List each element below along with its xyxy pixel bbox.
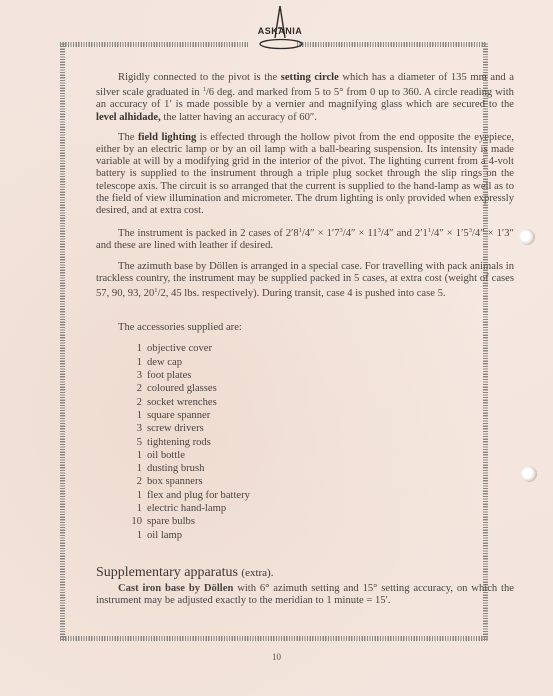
accessory-quantity: 1 bbox=[122, 462, 147, 475]
accessory-name: foot plates bbox=[147, 369, 191, 382]
accessory-quantity: 5 bbox=[122, 436, 147, 449]
accessory-item: 5tightening rods bbox=[122, 436, 514, 449]
accessory-quantity: 1 bbox=[122, 449, 147, 462]
bold-term: setting circle bbox=[281, 72, 339, 83]
accessory-item: 1oil bottle bbox=[122, 449, 514, 462]
paragraph-field-lighting: The field lighting is effected through t… bbox=[96, 132, 514, 217]
accessory-quantity: 10 bbox=[122, 515, 147, 528]
accessory-quantity: 1 bbox=[122, 409, 147, 422]
accessories-list: 1objective cover1dew cap3foot plates2col… bbox=[96, 342, 514, 541]
accessory-quantity: 2 bbox=[122, 382, 147, 395]
frame-top-right bbox=[297, 42, 487, 47]
fraction: 1/4 bbox=[428, 228, 440, 239]
accessory-name: screw drivers bbox=[147, 422, 204, 435]
fraction: 1/2 bbox=[154, 288, 166, 299]
accessory-name: tightening rods bbox=[147, 436, 211, 449]
accessory-item: 1objective cover bbox=[122, 342, 514, 355]
accessory-name: oil lamp bbox=[147, 529, 182, 542]
page-number: 10 bbox=[0, 652, 553, 662]
accessory-name: coloured glasses bbox=[147, 382, 217, 395]
bold-term: field lighting bbox=[138, 132, 196, 143]
accessory-item: 1oil lamp bbox=[122, 529, 514, 542]
accessory-quantity: 1 bbox=[122, 356, 147, 369]
accessory-item: 1flex and plug for battery bbox=[122, 489, 514, 502]
accessory-quantity: 3 bbox=[122, 369, 147, 382]
accessory-item: 1dew cap bbox=[122, 356, 514, 369]
binder-hole-top bbox=[519, 229, 535, 245]
bold-term: level alhidade, bbox=[96, 112, 161, 123]
accessory-name: objective cover bbox=[147, 342, 212, 355]
accessory-quantity: 2 bbox=[122, 475, 147, 488]
supplementary-title: Supplementary apparatus bbox=[96, 565, 238, 580]
accessory-item: 2socket wrenches bbox=[122, 396, 514, 409]
accessory-name: spare bulbs bbox=[147, 515, 195, 528]
supplementary-heading: Supplementary apparatus (extra). bbox=[96, 565, 273, 581]
accessory-quantity: 1 bbox=[122, 342, 147, 355]
accessory-quantity: 1 bbox=[122, 502, 147, 515]
accessory-quantity: 3 bbox=[122, 422, 147, 435]
paragraph-setting-circle: Rigidly connected to the pivot is the se… bbox=[96, 72, 514, 124]
supplementary-title-suffix: (extra). bbox=[241, 567, 273, 579]
accessory-name: flex and plug for battery bbox=[147, 489, 250, 502]
accessory-name: dew cap bbox=[147, 356, 182, 369]
accessory-quantity: 1 bbox=[122, 489, 147, 502]
askania-logo: ASKANIA bbox=[248, 4, 312, 58]
fraction: 3/4 bbox=[378, 228, 390, 239]
accessory-item: 2box spanners bbox=[122, 475, 514, 488]
fraction: 1/4 bbox=[299, 228, 311, 239]
accessory-item: 1electric hand-lamp bbox=[122, 502, 514, 515]
accessory-name: square spanner bbox=[147, 409, 210, 422]
accessory-quantity: 2 bbox=[122, 396, 147, 409]
accessory-item: 3foot plates bbox=[122, 369, 514, 382]
accessory-item: 3screw drivers bbox=[122, 422, 514, 435]
fraction: 3/4 bbox=[340, 228, 352, 239]
supplementary-paragraph: Cast iron base by Döllen with 6° azimuth… bbox=[96, 583, 514, 607]
accessory-item: 10spare bulbs bbox=[122, 515, 514, 528]
frame-top-left bbox=[60, 42, 248, 47]
accessory-item: 2coloured glasses bbox=[122, 382, 514, 395]
accessory-item: 1dusting brush bbox=[122, 462, 514, 475]
accessory-quantity: 1 bbox=[122, 529, 147, 542]
body-text: Rigidly connected to the pivot is the se… bbox=[96, 72, 514, 542]
paragraph-packing: The instrument is packed in 2 cases of 2… bbox=[96, 225, 514, 252]
accessory-item: 1square spanner bbox=[122, 409, 514, 422]
frame-left bbox=[60, 42, 65, 640]
frame-bottom bbox=[60, 636, 488, 641]
fraction: 3/4 bbox=[469, 228, 481, 239]
accessories-intro: The accessories supplied are: bbox=[118, 322, 514, 334]
accessory-name: box spanners bbox=[147, 475, 203, 488]
supplementary-lead: Cast iron base by Döllen bbox=[118, 583, 233, 594]
accessory-name: electric hand-lamp bbox=[147, 502, 226, 515]
paragraph-azimuth-base: The azimuth base by Döllen is arranged i… bbox=[96, 261, 514, 301]
accessory-name: dusting brush bbox=[147, 462, 204, 475]
accessory-name: oil bottle bbox=[147, 449, 185, 462]
binder-hole-bottom bbox=[521, 466, 537, 482]
accessory-name: socket wrenches bbox=[147, 396, 217, 409]
logo-text: ASKANIA bbox=[248, 26, 312, 36]
fraction: 1/6 bbox=[203, 87, 215, 98]
